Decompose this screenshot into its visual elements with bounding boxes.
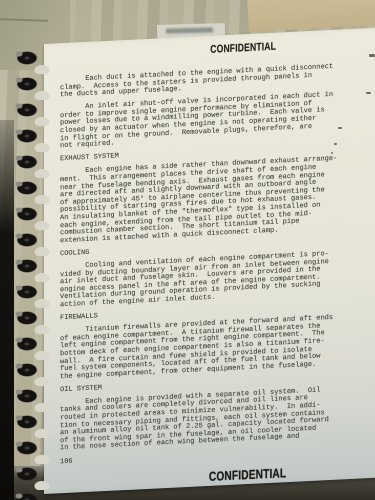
desk-strip-tan xyxy=(247,0,375,32)
ink-speck xyxy=(369,54,375,57)
paragraph-exhaust-system: Each engine has a side rather than downw… xyxy=(60,154,375,245)
paragraph-inlet-valve: An inlet air shut-off valve is incorpora… xyxy=(60,90,375,151)
paragraph-cooling: Cooling and ventilation of each engine c… xyxy=(60,249,375,310)
binding-spine-shadow xyxy=(0,120,14,500)
ink-speck xyxy=(334,143,337,145)
ink-speck xyxy=(338,127,342,129)
scanned-document-photo: CONFIDENTIAL Each duct is attached to th… xyxy=(0,0,375,500)
classification-stamp-bottom: CONFIDENTIAL xyxy=(209,467,286,483)
paragraph-firewalls: Titanium firewalls are provided at the f… xyxy=(60,313,375,382)
ink-speck xyxy=(331,152,333,154)
illegible-text-smudge xyxy=(166,27,213,33)
classification-stamp-top: CONFIDENTIAL xyxy=(210,42,276,55)
document-page: CONFIDENTIAL Each duct is attached to th… xyxy=(44,27,375,494)
paragraph-oil-system: Each engine is provided with a separate … xyxy=(60,385,375,454)
ink-speck xyxy=(366,92,371,94)
